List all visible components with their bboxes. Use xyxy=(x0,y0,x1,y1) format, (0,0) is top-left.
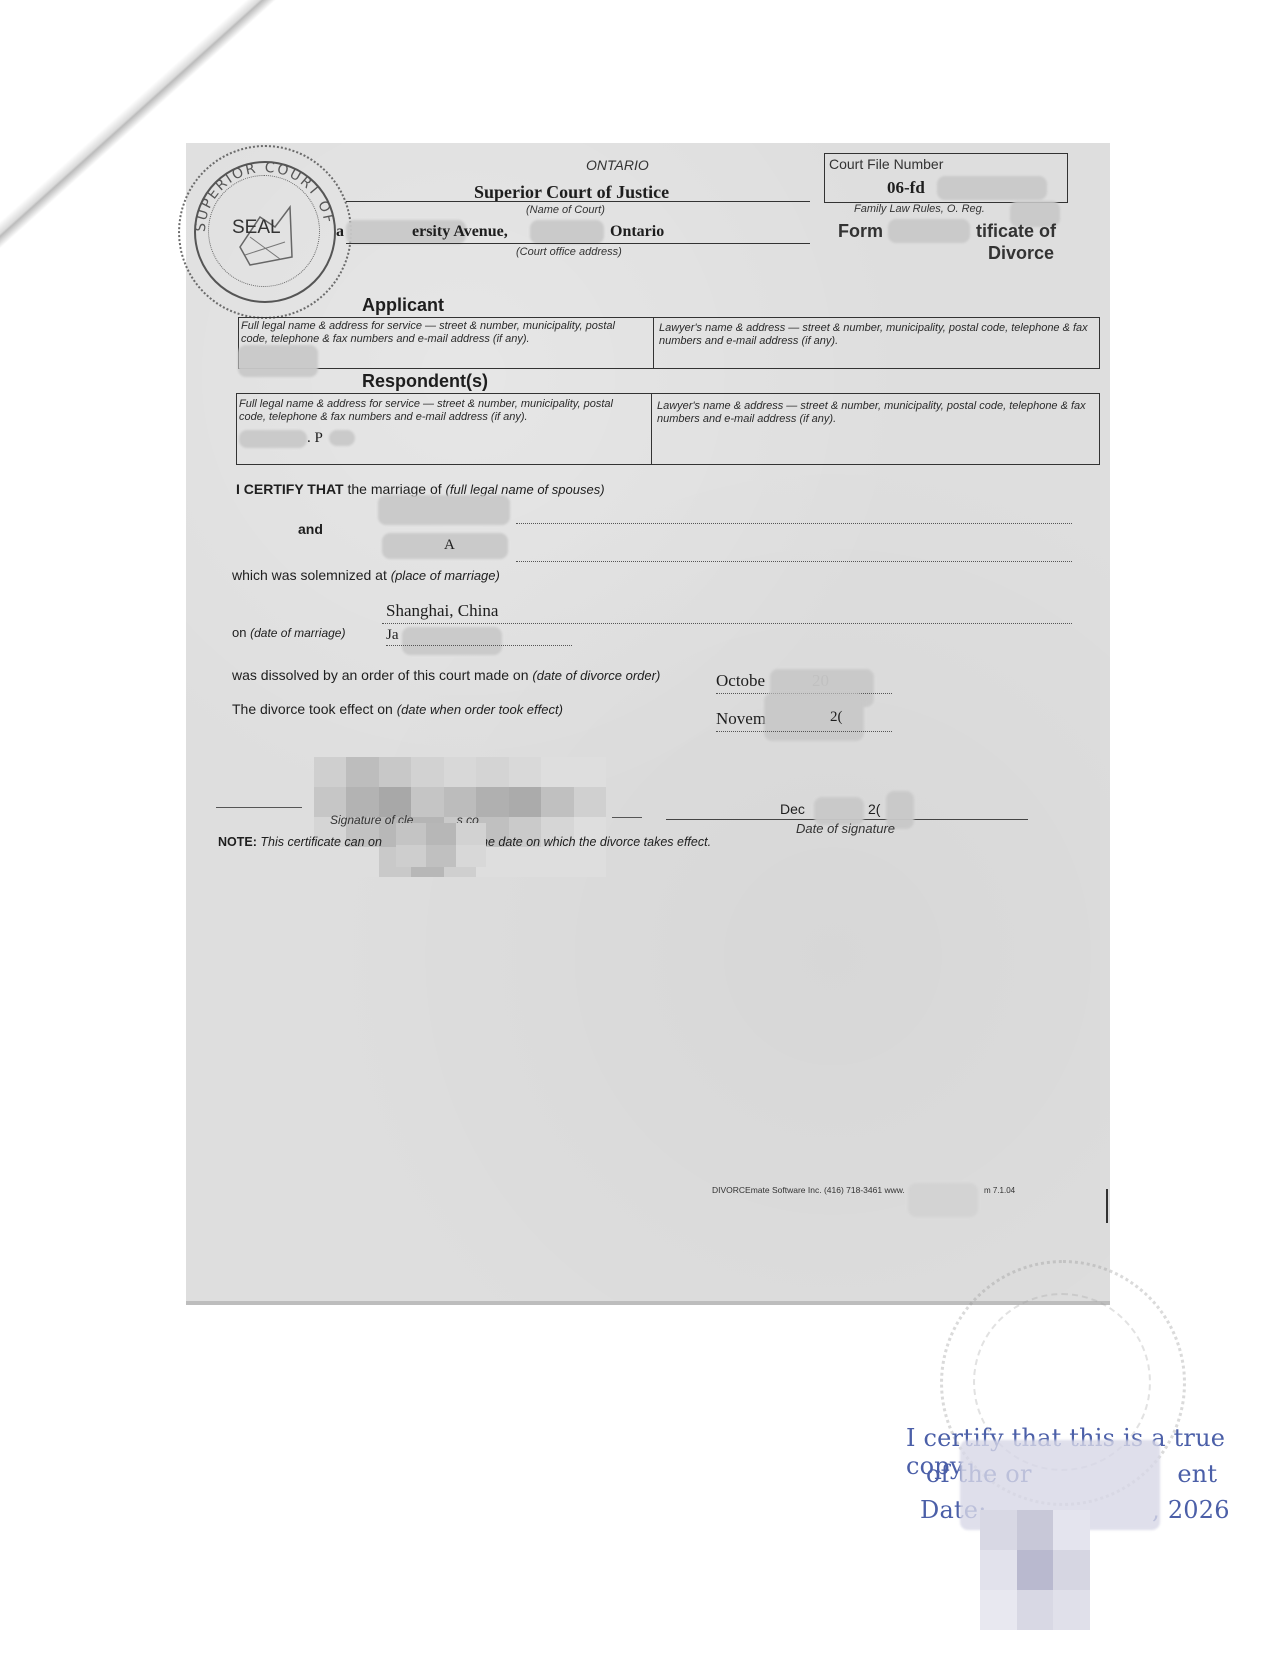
date-of-marriage-partial: Ja xyxy=(386,627,399,644)
applicant-lawyer-caption: Lawyer's name & address — street & numbe… xyxy=(659,322,1089,348)
province-label: ONTARIO xyxy=(586,157,649,173)
date-of-signature-caption: Date of signature xyxy=(796,821,895,836)
spouse2-name-partial: A xyxy=(444,537,455,554)
seal-label: SEAL xyxy=(232,217,281,239)
and-label: and xyxy=(298,521,323,537)
applicant-title: Applicant xyxy=(362,295,444,316)
applicant-box: Full legal name & address for service — … xyxy=(238,317,1100,369)
court-address-province: Ontario xyxy=(610,223,664,241)
software-version: m 7.1.04 xyxy=(984,1186,1015,1195)
form-title-line1: tificate of xyxy=(976,221,1056,242)
court-address-street: ersity Avenue, xyxy=(412,223,508,241)
spouse1-name-redacted xyxy=(378,495,510,525)
notary-signature-redacted xyxy=(980,1510,1090,1630)
signature-date-month: Dec xyxy=(780,801,805,817)
court-file-number-label: Court File Number xyxy=(829,156,943,172)
dissolved-statement: was dissolved by an order of this court … xyxy=(232,667,660,683)
court-name-caption: (Name of Court) xyxy=(526,204,605,216)
place-of-marriage: Shanghai, China xyxy=(386,601,498,621)
court-address-caption: (Court office address) xyxy=(516,246,622,258)
form-label: Form xyxy=(838,221,883,242)
divorce-order-month: Octobe xyxy=(716,671,765,691)
date-of-marriage-label: on (date of marriage) xyxy=(232,625,345,640)
form-title-line2: Divorce xyxy=(988,243,1054,264)
court-address-prefix: a xyxy=(336,223,344,241)
court-name: Superior Court of Justice xyxy=(474,182,669,203)
respondent-title: Respondent(s) xyxy=(362,371,488,392)
solemnized-statement: which was solemnized at (place of marria… xyxy=(232,567,500,583)
respondent-name-partial: . P xyxy=(307,430,323,447)
note: NOTE: This certificate can on sue after … xyxy=(218,835,858,849)
court-seal-icon: SUPERIOR COURT OF JUSTICE SEAL xyxy=(178,145,352,319)
scanned-certificate: SUPERIOR COURT OF JUSTICE SEAL ONTARIO S… xyxy=(186,143,1110,1305)
court-file-number-box: Court File Number 06-fd xyxy=(824,153,1068,203)
signature-date-year: 2( xyxy=(868,801,880,817)
family-law-rules: Family Law Rules, O. Reg. xyxy=(854,203,985,215)
respondent-lawyer-caption: Lawyer's name & address — street & numbe… xyxy=(657,400,1087,426)
court-file-number: 06-fd xyxy=(887,178,925,198)
respondent-box: Full legal name & address for service — … xyxy=(236,393,1100,465)
applicant-party-caption: Full legal name & address for service — … xyxy=(241,320,631,346)
effect-date-year: 2( xyxy=(830,709,843,726)
effect-date-month: Novem xyxy=(716,709,766,729)
software-credit: DIVORCEmate Software Inc. (416) 718-3461… xyxy=(712,1185,905,1195)
effect-statement: The divorce took effect on (date when or… xyxy=(232,701,563,717)
respondent-party-caption: Full legal name & address for service — … xyxy=(239,398,629,424)
